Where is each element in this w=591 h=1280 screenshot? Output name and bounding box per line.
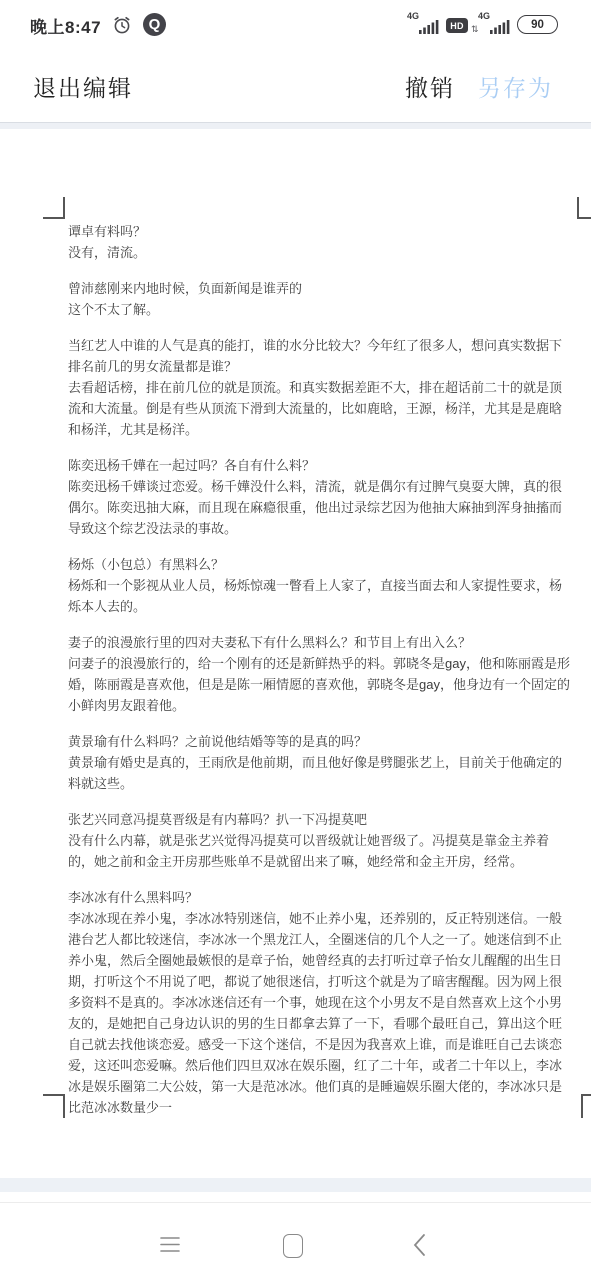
save-as-button[interactable]: 另存为 — [478, 70, 553, 103]
alarm-clock-icon — [112, 15, 132, 35]
hd-volte-icon: HD — [446, 18, 468, 33]
answer-text: 问妻子的浪漫旅行的，给一个刚有的还是新鲜热乎的料。郭晓冬是gay，他和陈丽霞是形… — [68, 653, 574, 716]
qa-block: 妻子的浪漫旅行里的四对夫妻私下有什么黑料么？和节目上有出入么？问妻子的浪漫旅行的… — [68, 632, 574, 716]
question-line: 张艺兴同意冯提莫晋级是有内幕吗？扒一下冯提莫吧 — [68, 809, 574, 830]
menu-button[interactable] — [155, 1231, 185, 1261]
answer-text: 没有，清流。 — [68, 242, 574, 263]
answer-text: 去看超话榜，排在前几位的就是顶流。和真实数据差距不大，排在超话前二十的就是顶流和… — [68, 377, 574, 440]
q-app-icon: Q — [143, 13, 166, 36]
qa-block: 曾沛慈刚来内地时候，负面新闻是谁弄的这个不太了解。 — [68, 278, 574, 320]
question-line: 妻子的浪漫旅行里的四对夫妻私下有什么黑料么？和节目上有出入么？ — [68, 632, 574, 653]
answer-text: 没有什么内幕，就是张艺兴觉得冯提莫可以晋级就让她晋级了。冯提莫是靠金主养着的，她… — [68, 830, 574, 872]
margin-mark-top-right — [577, 197, 579, 219]
answer-text: 杨烁和一个影视从业人员，杨烁惊魂一瞥看上人家了，直接当面去和人家提性要求，杨烁本… — [68, 575, 574, 617]
qa-block: 张艺兴同意冯提莫晋级是有内幕吗？扒一下冯提莫吧没有什么内幕，就是张艺兴觉得冯提莫… — [68, 809, 574, 872]
qa-block: 李冰冰有什么黑料吗？李冰冰现在养小鬼，李冰冰特别迷信，她不止养小鬼，还养别的，反… — [68, 887, 574, 1118]
back-icon — [412, 1233, 426, 1260]
qa-block: 黄景瑜有什么料吗？之前说他结婚等等的是真的吗？黄景瑜有婚史是真的，王雨欣是他前期… — [68, 731, 574, 794]
battery-icon: 90 — [517, 15, 558, 34]
question-line: 黄景瑜有什么料吗？之前说他结婚等等的是真的吗？ — [68, 731, 574, 752]
margin-mark-top-left — [43, 217, 65, 219]
answer-text: 李冰冰现在养小鬼，李冰冰特别迷信，她不止养小鬼，还养别的，反正特别迷信。一般港台… — [68, 908, 574, 1118]
question-line: 李冰冰有什么黑料吗？ — [68, 887, 574, 908]
question-line: 当红艺人中谁的人气是真的能打，谁的水分比较大？今年红了很多人，想问真实数据下排名… — [68, 335, 574, 377]
document-body[interactable]: 谭卓有料吗？没有，清流。曾沛慈刚来内地时候，负面新闻是谁弄的这个不太了解。当红艺… — [68, 221, 574, 1133]
margin-mark-top-right — [577, 217, 591, 219]
network2-label: 4G — [478, 11, 490, 21]
exit-edit-button[interactable]: 退出编辑 — [33, 70, 133, 103]
answer-text: 陈奕迅杨千嬅谈过恋爱。杨千嬅没什么料，清流，就是偶尔有过脾气臭耍大牌，真的很偶尔… — [68, 476, 574, 539]
signal-sim2-icon: ⇅ 4G — [478, 12, 510, 36]
margin-mark-bottom-right — [581, 1094, 583, 1118]
back-button[interactable] — [404, 1231, 434, 1261]
question-line: 曾沛慈刚来内地时候，负面新闻是谁弄的 — [68, 278, 574, 299]
menu-icon — [159, 1236, 181, 1256]
home-icon — [283, 1234, 303, 1258]
margin-mark-bottom-left — [63, 1094, 65, 1118]
answer-text: 这个不太了解。 — [68, 299, 574, 320]
network1-label: 4G — [407, 11, 419, 21]
qa-block: 陈奕迅杨千嬅在一起过吗？各自有什么料？陈奕迅杨千嬅谈过恋爱。杨千嬅没什么料，清流… — [68, 455, 574, 539]
phone-screen: 晚上8:47 Q 4G HD ⇅ 4G — [0, 0, 591, 1280]
qa-block: 杨烁（小包总）有黑料么？杨烁和一个影视从业人员，杨烁惊魂一瞥看上人家了，直接当面… — [68, 554, 574, 617]
navigation-bar — [0, 1203, 591, 1280]
qa-block: 当红艺人中谁的人气是真的能打，谁的水分比较大？今年红了很多人，想问真实数据下排名… — [68, 335, 574, 440]
qa-block: 谭卓有料吗？没有，清流。 — [68, 221, 574, 263]
toolbar-page-gap — [0, 122, 591, 129]
edit-toolbar: 退出编辑 撤销 另存为 — [0, 48, 591, 122]
question-line: 谭卓有料吗？ — [68, 221, 574, 242]
question-line: 杨烁（小包总）有黑料么？ — [68, 554, 574, 575]
status-bar: 晚上8:47 Q 4G HD ⇅ 4G — [0, 0, 591, 48]
battery-level: 90 — [531, 19, 544, 31]
margin-mark-top-left — [63, 197, 65, 219]
home-button[interactable] — [278, 1231, 308, 1261]
question-line: 陈奕迅杨千嬅在一起过吗？各自有什么料？ — [68, 455, 574, 476]
page-bottom-gap — [0, 1178, 591, 1192]
clock-time: 晚上8:47 — [30, 13, 101, 38]
data-arrows-icon: ⇅ — [471, 24, 479, 35]
undo-button[interactable]: 撤销 — [405, 70, 455, 103]
signal-sim1-icon: 4G — [407, 12, 439, 36]
margin-mark-bottom-left — [43, 1094, 65, 1096]
answer-text: 黄景瑜有婚史是真的，王雨欣是他前期，而且他好像是劈腿张艺上，目前关于他确定的料就… — [68, 752, 574, 794]
document-page[interactable]: 谭卓有料吗？没有，清流。曾沛慈刚来内地时候，负面新闻是谁弄的这个不太了解。当红艺… — [0, 129, 591, 1178]
